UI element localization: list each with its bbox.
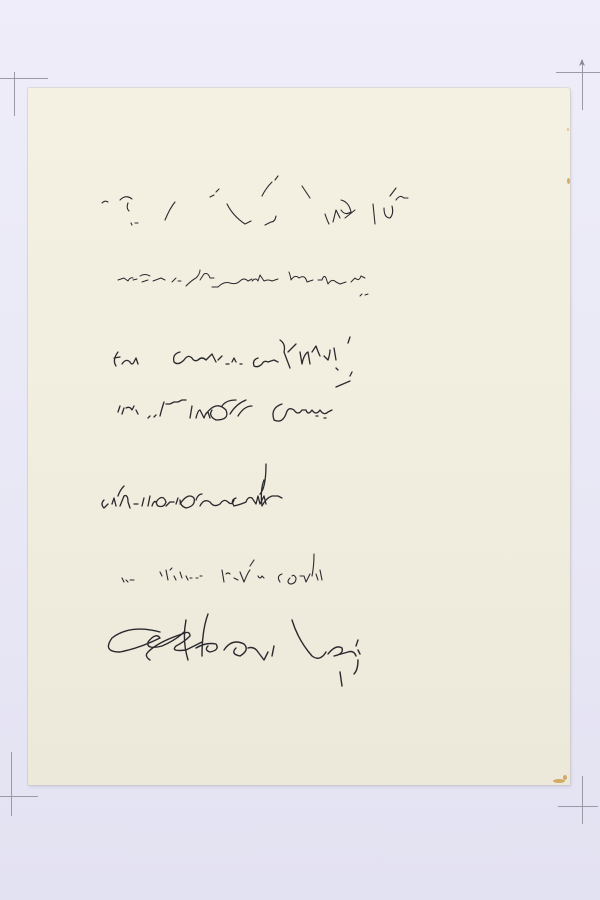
handwriting-line-3	[114, 337, 352, 387]
handwriting-line-2	[118, 270, 368, 296]
handwriting-line-1	[102, 176, 408, 225]
handwriting-line-6	[122, 554, 322, 584]
handwriting-line-4	[118, 400, 332, 421]
signature	[108, 614, 360, 686]
handwriting-line-5	[102, 464, 282, 508]
handwriting	[0, 0, 600, 900]
